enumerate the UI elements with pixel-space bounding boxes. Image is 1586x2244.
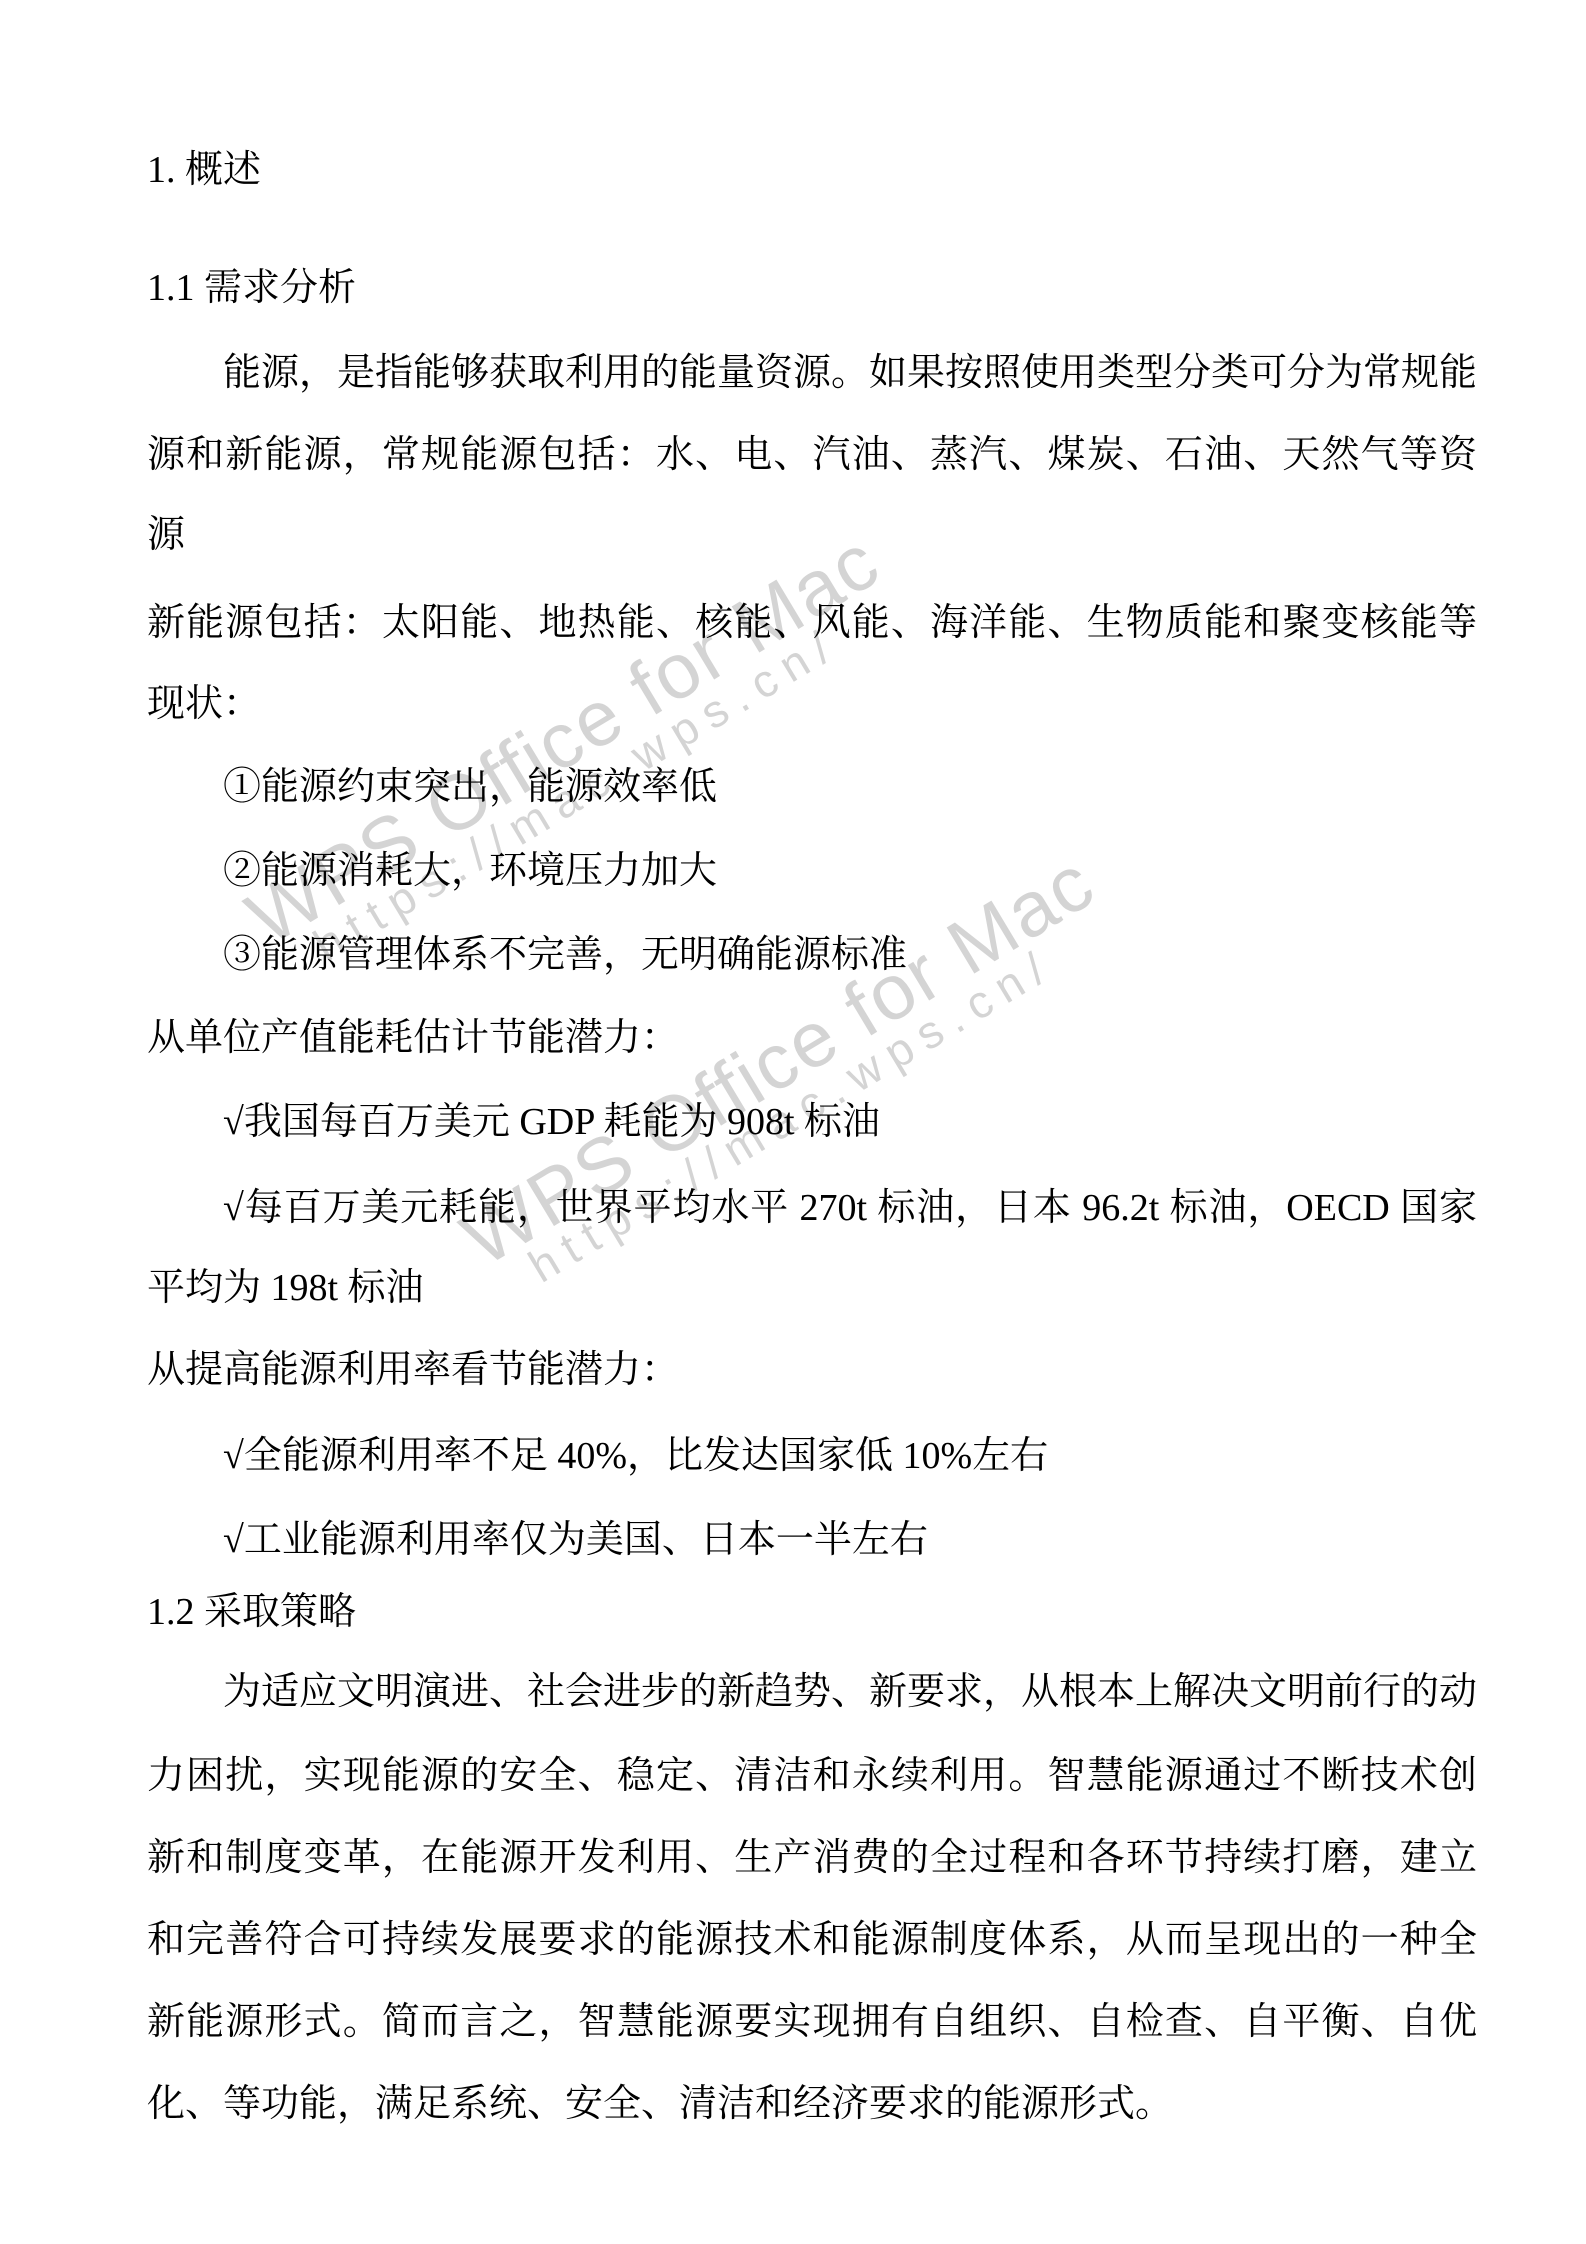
list-item-2: ②能源消耗大，环境压力加大: [147, 843, 1477, 899]
text-line: 源: [147, 507, 1477, 563]
text-line: 能源，是指能够获取利用的能量资源。如果按照使用类型分类可分为常规能: [147, 345, 1477, 401]
check-item: √每百万美元耗能，世界平均水平 270t 标油，日本 96.2t 标油，OECD…: [147, 1180, 1477, 1236]
list-item-1: ①能源约束突出，能源效率低: [147, 759, 1477, 815]
text-line: 从提高能源利用率看节能潜力：: [147, 1342, 1477, 1398]
text-line: 为适应文明演进、社会进步的新趋势、新要求，从根本上解决文明前行的动: [147, 1664, 1477, 1720]
subsection-heading-strategy: 1.2 采取策略: [147, 1584, 1477, 1640]
text-line: 新能源包括：太阳能、地热能、核能、风能、海洋能、生物质能和聚变核能等: [147, 595, 1477, 651]
text-line: 化、等功能，满足系统、安全、清洁和经济要求的能源形式。: [147, 2076, 1477, 2132]
section-heading-overview: 1. 概述: [147, 142, 1477, 198]
text-line: 新和制度变革，在能源开发利用、生产消费的全过程和各环节持续打磨，建立: [147, 1830, 1477, 1886]
text-line: 从单位产值能耗估计节能潜力：: [147, 1010, 1477, 1066]
text-line: 新能源形式。简而言之，智慧能源要实现拥有自组织、自检查、自平衡、自优: [147, 1994, 1477, 2050]
check-item: √全能源利用率不足 40%，比发达国家低 10%左右: [147, 1428, 1477, 1484]
check-item: √我国每百万美元 GDP 耗能为 908t 标油: [147, 1094, 1477, 1150]
text-line: 平均为 198t 标油: [147, 1260, 1477, 1316]
text-line: 现状：: [147, 676, 1477, 732]
text-line: 力困扰，实现能源的安全、稳定、清洁和永续利用。智慧能源通过不断技术创: [147, 1748, 1477, 1804]
document-page: WPS Office for Mac https://mac.wps.cn/ W…: [0, 0, 1586, 2244]
text-line: 源和新能源，常规能源包括：水、电、汽油、蒸汽、煤炭、石油、天然气等资: [147, 427, 1477, 483]
check-item: √工业能源利用率仅为美国、日本一半左右: [147, 1512, 1477, 1568]
subsection-heading-needs: 1.1 需求分析: [147, 260, 1477, 316]
text-line: 和完善符合可持续发展要求的能源技术和能源制度体系，从而呈现出的一种全: [147, 1912, 1477, 1968]
list-item-3: ③能源管理体系不完善，无明确能源标准: [147, 927, 1477, 983]
